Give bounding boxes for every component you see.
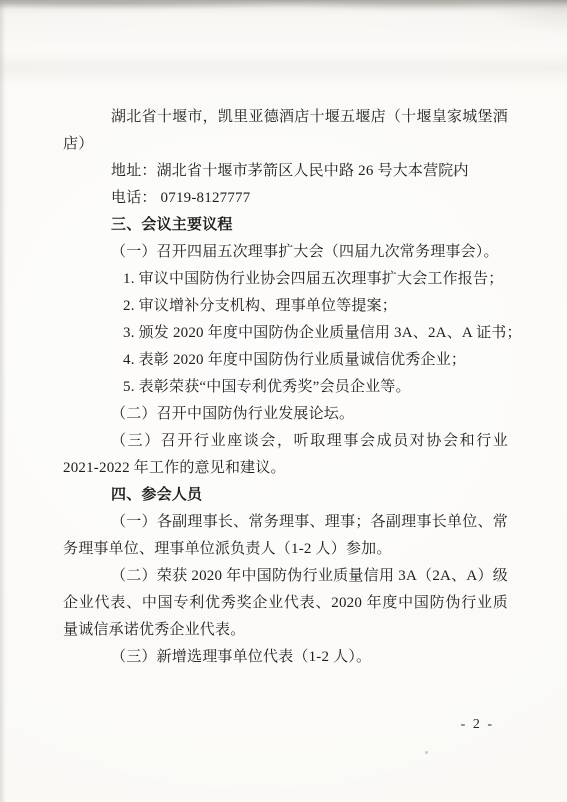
scan-speck bbox=[425, 751, 428, 754]
attendee-item-2: （二）荣获 2020 年中国防伪行业质量信用 3A（2A、A）级企业代表、中国专… bbox=[63, 563, 508, 644]
agenda-item-3: （三）召开行业座谈会，听取理事会成员对协会和行业 2021-2022 年工作的意… bbox=[63, 428, 508, 482]
attendee-item-1: （一）各副理事长、常务理事、理事；各副理事长单位、常务理事单位、理事单位派负责人… bbox=[63, 509, 508, 563]
agenda-1-sub-2: 2. 审议增补分支机构、理事单位等提案； bbox=[63, 293, 508, 320]
section-4-heading: 四、参会人员 bbox=[63, 482, 508, 509]
document-body: 湖北省十堰市，凯里亚德酒店十堰五堰店（十堰皇家城堡酒店） 地址：湖北省十堰市茅箭… bbox=[63, 104, 508, 671]
venue-line: 湖北省十堰市，凯里亚德酒店十堰五堰店（十堰皇家城堡酒店） bbox=[63, 104, 508, 158]
scanned-page: 湖北省十堰市，凯里亚德酒店十堰五堰店（十堰皇家城堡酒店） 地址：湖北省十堰市茅箭… bbox=[0, 0, 567, 802]
agenda-item-1: （一）召开四届五次理事扩大会（四届九次常务理事会）。 bbox=[63, 239, 508, 266]
section-3-heading: 三、会议主要议程 bbox=[63, 212, 508, 239]
agenda-1-sub-4: 4. 表彰 2020 年度中国防伪行业质量诚信优秀企业； bbox=[63, 347, 508, 374]
scan-left-edge bbox=[0, 0, 6, 802]
phone-line: 电话： 0719-8127777 bbox=[63, 185, 508, 212]
agenda-1-sub-5: 5. 表彰荣获“中国专利优秀奖”会员企业等。 bbox=[63, 374, 508, 401]
address-line: 地址：湖北省十堰市茅箭区人民中路 26 号大本营院内 bbox=[63, 158, 508, 185]
agenda-1-sub-3: 3. 颁发 2020 年度中国防伪企业质量信用 3A、2A、A 证书； bbox=[63, 320, 508, 347]
scan-corner-shading bbox=[447, 0, 567, 50]
page-number: - 2 - bbox=[461, 717, 494, 733]
agenda-item-2: （二）召开中国防伪行业发展论坛。 bbox=[63, 401, 508, 428]
scan-shading-band bbox=[0, 52, 567, 86]
attendee-item-3: （三）新增选理事单位代表（1-2 人）。 bbox=[63, 644, 508, 671]
agenda-1-sub-1: 1. 审议中国防伪行业协会四届五次理事扩大会工作报告； bbox=[63, 266, 508, 293]
